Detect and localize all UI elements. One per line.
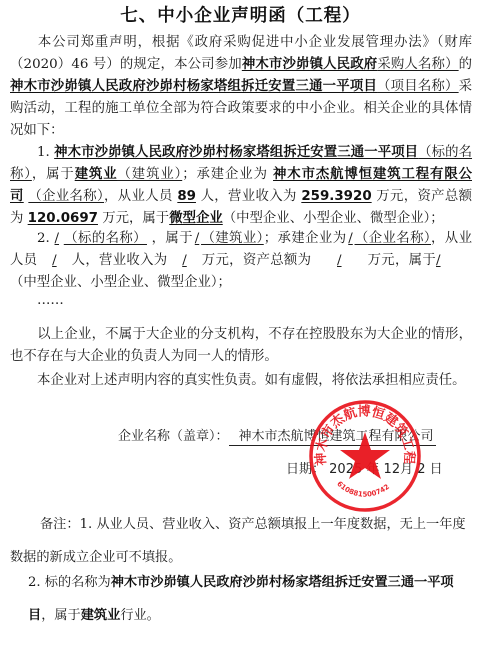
employees-text: ，从业人员	[104, 189, 173, 204]
date-year: 2025	[329, 462, 362, 477]
seal-code: 610881500742	[335, 480, 391, 499]
contractor-name: /	[347, 228, 355, 250]
note-2-suffix: 行业。	[120, 608, 160, 623]
purchaser-label: 采购人名称）	[377, 57, 458, 72]
assets-value: /	[311, 250, 367, 272]
date-month-unit: 月	[400, 462, 413, 477]
statement-2-text: 本企业对上述声明内容的真实性负责。如有虚假，将依法承担相应责任。	[37, 373, 466, 388]
project-label: （项目名称）	[377, 79, 459, 94]
subject-name: /	[50, 228, 64, 250]
subject-name: 神木市沙峁镇人民政府沙峁村杨家塔组拆迁安置三通一平项目	[54, 145, 418, 160]
belongs-text: ，属于	[152, 231, 193, 246]
assets-text: 万元，资产总额为	[201, 253, 311, 268]
statement-liability: 本企业对上述声明内容的真实性负责。如有虚假，将依法承担相应责任。	[10, 370, 472, 392]
purchaser-name: 神木市沙峁镇人民政府	[242, 57, 378, 72]
item-number: 1.	[37, 145, 50, 160]
note-2-mid: ，属于	[41, 608, 81, 623]
statement-branch: 以上企业，不属于大企业的分支机构，不存在控股股东为大企业的情形，也不存在与大企业…	[10, 324, 472, 368]
contractor-text: ；承建企业为	[264, 231, 347, 246]
industry-value: 建筑业	[75, 167, 118, 182]
size-hint: （中型企业、小型企业、微型企业）；	[10, 275, 231, 290]
date-month: 12	[384, 462, 401, 477]
industry-hint: （建筑业）	[201, 231, 264, 246]
size-text: 万元，属于	[102, 211, 169, 226]
note-1: 备注：1. 从业人员、营业收入、资产总额填报上一年度数据，无上一年度数据的新成立…	[10, 508, 472, 574]
contractor-label: （企业名称）	[28, 189, 104, 204]
date-line: 日期： 2025 年 12月 2 日	[286, 458, 443, 477]
enterprise-item-2: 2./（标的名称） ，属于/（建筑业）；承建企业为/（企业名称），从业人员/人，…	[10, 228, 472, 294]
industry-hint: （建筑业）	[118, 167, 183, 182]
contractor-label: （企业名称）	[355, 231, 432, 246]
size-value: /	[436, 250, 472, 272]
revenue-value: 259.3920	[301, 189, 371, 204]
note-2-industry: 建筑业	[81, 608, 121, 623]
intro-text-b: 的	[459, 57, 472, 72]
revenue-value: /	[167, 250, 201, 272]
size-hint: （中型企业、小型企业、微型企业）；	[223, 211, 444, 226]
revenue-text: 人，营业收入为	[71, 253, 167, 268]
date-day-unit: 日	[430, 462, 443, 477]
enterprise-item-1: 1. 神木市沙峁镇人民政府沙峁村杨家塔组拆迁安置三通一平项目（标的名称），属于建…	[10, 142, 472, 230]
revenue-text: 人，营业收入为	[201, 189, 297, 204]
date-day: 2	[417, 462, 425, 477]
ellipsis: ……	[10, 290, 472, 312]
size-text: 万元，属于	[367, 253, 436, 268]
company-name-signature: 神木市杰航博恒建筑工程有限公司	[229, 425, 436, 446]
signature-line: 企业名称（盖章）：神木市杰航博恒建筑工程有限公司	[118, 425, 473, 446]
employees-value: /	[37, 250, 71, 272]
assets-value: 120.0697	[28, 211, 98, 226]
contractor-text: ；承建企业为	[182, 167, 268, 182]
intro-paragraph: 本公司郑重声明，根据《政府采购促进中小企业发展管理办法》（财库（2020）46 …	[10, 32, 472, 142]
statement-1-text: 以上企业，不属于大企业的分支机构，不存在控股股东为大企业的情形，也不存在与大企业…	[10, 327, 472, 364]
employees-value: 89	[177, 189, 196, 204]
subject-label: （标的名称）	[64, 231, 147, 246]
signature-label: 企业名称（盖章）：	[118, 425, 229, 444]
belongs-text: ，属于	[32, 167, 75, 182]
date-label: 日期：	[286, 462, 325, 477]
note-label: 备注：	[40, 517, 80, 532]
page-title: 七、中小企业声明函（工程）	[0, 2, 481, 27]
date-year-unit: 年	[366, 462, 379, 477]
project-name: 神木市沙峁镇人民政府沙峁村杨家塔组拆迁安置三通一平项目	[10, 79, 377, 94]
note-2-prefix: 2. 标的名称为	[28, 575, 111, 590]
item-number: 2.	[37, 231, 50, 246]
ellipsis-text: ……	[37, 293, 64, 308]
size-value: 微型企业	[169, 211, 223, 226]
company-seal-icon: 神木市杰航博恒建筑工程有限公司 610881500742	[307, 398, 423, 514]
industry-value: /	[193, 228, 201, 250]
declaration-page: 七、中小企业声明函（工程） 本公司郑重声明，根据《政府采购促进中小企业发展管理办…	[0, 0, 481, 650]
note-2: 2. 标的名称为神木市沙峁镇人民政府沙峁村杨家塔组拆迁安置三通一平项目，属于建筑…	[28, 566, 472, 632]
